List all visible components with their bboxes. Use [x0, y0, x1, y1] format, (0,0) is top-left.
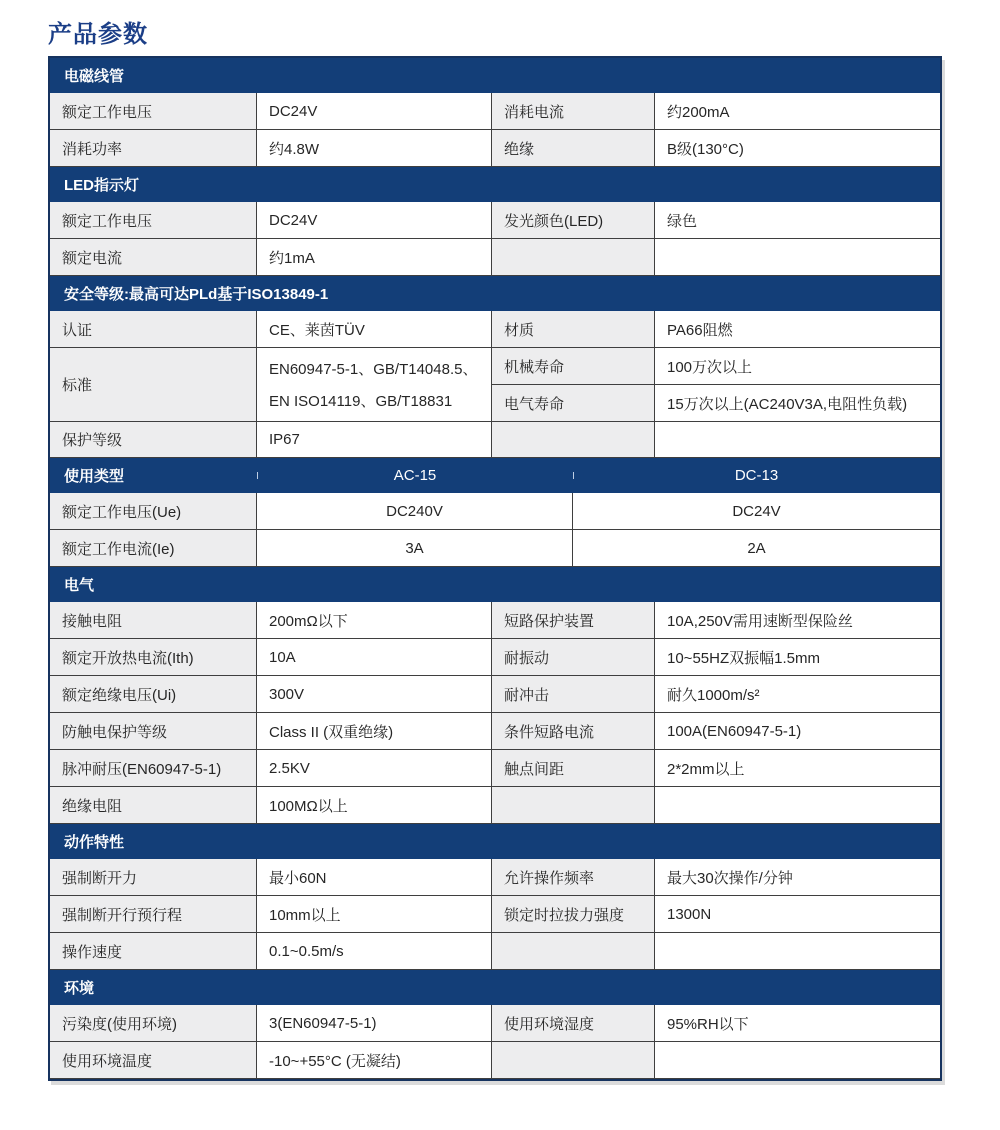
value-cell: 10A	[257, 639, 492, 676]
label-cell	[492, 933, 655, 970]
table-row: 额定工作电压DC24V消耗电流约200mA	[50, 93, 940, 130]
value-cell: 绿色	[655, 202, 940, 239]
value-cell: 100A(EN60947-5-1)	[655, 713, 940, 750]
table-row: 额定工作电流(Ie)3A2A	[50, 530, 940, 567]
value-cell: DC240V	[257, 493, 573, 530]
label-cell: 强制断开力	[50, 859, 257, 896]
value-cell: 10mm以上	[257, 896, 492, 933]
value-cell: EN60947-5-1、GB/T14048.5、EN ISO14119、GB/T…	[257, 348, 492, 422]
value-cell: 约4.8W	[257, 130, 492, 167]
label-cell: 耐冲击	[492, 676, 655, 713]
value-cell: Class II (双重绝缘)	[257, 713, 492, 750]
section-title: 环境	[50, 977, 94, 998]
label-cell: 操作速度	[50, 933, 257, 970]
value-line: EN ISO14119、GB/T18831	[269, 390, 452, 411]
value-cell: 约200mA	[655, 93, 940, 130]
label-cell: 强制断开行预行程	[50, 896, 257, 933]
label-cell: 使用环境温度	[50, 1042, 257, 1079]
value-cell: 15万次以上(AC240V3A,电阻性负载)	[655, 385, 940, 422]
value-cell: 95%RH以下	[655, 1005, 940, 1042]
table-row: 额定工作电压DC24V发光颜色(LED)绿色	[50, 202, 940, 239]
value-cell	[655, 1042, 940, 1079]
section-title: 动作特性	[50, 831, 124, 852]
label-cell: 电气寿命	[492, 385, 655, 422]
value-cell: 10A,250V需用速断型保险丝	[655, 602, 940, 639]
table-row: 脉冲耐压(EN60947-5-1)2.5KV触点间距2*2mm以上	[50, 750, 940, 787]
table-row: 额定开放热电流(Ith)10A耐振动10~55HZ双振幅1.5mm	[50, 639, 940, 676]
label-cell: 使用环境湿度	[492, 1005, 655, 1042]
label-cell: 防触电保护等级	[50, 713, 257, 750]
value-cell: PA66阻燃	[655, 311, 940, 348]
table-row: 额定工作电压(Ue)DC240VDC24V	[50, 493, 940, 530]
spec-table: 电磁线管额定工作电压DC24V消耗电流约200mA消耗功率约4.8W绝缘B级(1…	[48, 56, 942, 1081]
label-cell: 额定工作电压(Ue)	[50, 493, 257, 530]
value-cell	[655, 422, 940, 458]
section-header: 电磁线管	[50, 58, 940, 93]
table-row: 强制断开力最小60N允许操作频率最大30次操作/分钟	[50, 859, 940, 896]
value-cell: 2A	[573, 530, 940, 567]
table-row: 污染度(使用环境)3(EN60947-5-1)使用环境湿度95%RH以下	[50, 1005, 940, 1042]
label-cell: 接触电阻	[50, 602, 257, 639]
section-header: 电气	[50, 567, 940, 602]
label-cell: 额定工作电流(Ie)	[50, 530, 257, 567]
label-cell: 额定绝缘电压(Ui)	[50, 676, 257, 713]
table-row: 消耗功率约4.8W绝缘B级(130°C)	[50, 130, 940, 167]
section-title: 电磁线管	[50, 65, 124, 86]
label-cell: 材质	[492, 311, 655, 348]
value-cell: DC24V	[573, 493, 940, 530]
safety-section-grid: 认证CE、莱茵TÜV材质PA66阻燃标准EN60947-5-1、GB/T1404…	[50, 311, 940, 458]
value-cell: 耐久1000m/s²	[655, 676, 940, 713]
label-cell	[492, 239, 655, 276]
page: 产品参数 电磁线管额定工作电压DC24V消耗电流约200mA消耗功率约4.8W绝…	[0, 0, 1000, 1130]
value-cell: 2.5KV	[257, 750, 492, 787]
table-row: 使用环境温度-10~+55°C (无凝结)	[50, 1042, 940, 1079]
value-cell	[655, 787, 940, 824]
label-cell: 允许操作频率	[492, 859, 655, 896]
label-cell: 绝缘电阻	[50, 787, 257, 824]
label-cell: 污染度(使用环境)	[50, 1005, 257, 1042]
label-cell: 短路保护装置	[492, 602, 655, 639]
value-cell: 200mΩ以下	[257, 602, 492, 639]
label-cell: 额定工作电压	[50, 202, 257, 239]
section-title: 电气	[50, 574, 94, 595]
section-title: 使用类型	[50, 465, 257, 486]
table-row: 额定电流约1mA	[50, 239, 940, 276]
section-header: 环境	[50, 970, 940, 1005]
value-cell	[655, 933, 940, 970]
value-cell: 3(EN60947-5-1)	[257, 1005, 492, 1042]
value-cell: 最小60N	[257, 859, 492, 896]
label-cell	[492, 787, 655, 824]
label-cell: 标准	[50, 348, 257, 422]
value-cell: 3A	[257, 530, 573, 567]
value-cell: 2*2mm以上	[655, 750, 940, 787]
value-cell: CE、莱茵TÜV	[257, 311, 492, 348]
label-cell: 触点间距	[492, 750, 655, 787]
section-header: 使用类型AC-15DC-13	[50, 458, 940, 493]
label-cell: 耐振动	[492, 639, 655, 676]
table-row: 额定绝缘电压(Ui)300V耐冲击耐久1000m/s²	[50, 676, 940, 713]
label-cell: 锁定时拉拔力强度	[492, 896, 655, 933]
value-cell: B级(130°C)	[655, 130, 940, 167]
usage-column-header: DC-13	[573, 467, 940, 484]
section-header: LED指示灯	[50, 167, 940, 202]
section-header: 动作特性	[50, 824, 940, 859]
value-cell: 100万次以上	[655, 348, 940, 385]
value-cell: 10~55HZ双振幅1.5mm	[655, 639, 940, 676]
table-row: 接触电阻200mΩ以下短路保护装置10A,250V需用速断型保险丝	[50, 602, 940, 639]
value-cell: 300V	[257, 676, 492, 713]
label-cell: 条件短路电流	[492, 713, 655, 750]
value-cell: DC24V	[257, 202, 492, 239]
label-cell: 认证	[50, 311, 257, 348]
label-cell: 额定电流	[50, 239, 257, 276]
page-title: 产品参数	[48, 14, 148, 49]
value-cell: DC24V	[257, 93, 492, 130]
value-cell: -10~+55°C (无凝结)	[257, 1042, 492, 1079]
value-cell: 100MΩ以上	[257, 787, 492, 824]
value-cell: 1300N	[655, 896, 940, 933]
label-cell: 发光颜色(LED)	[492, 202, 655, 239]
value-cell: 最大30次操作/分钟	[655, 859, 940, 896]
label-cell: 额定开放热电流(Ith)	[50, 639, 257, 676]
section-header: 安全等级:最高可达PLd基于ISO13849-1	[50, 276, 940, 311]
label-cell: 消耗功率	[50, 130, 257, 167]
value-cell: 约1mA	[257, 239, 492, 276]
label-cell: 脉冲耐压(EN60947-5-1)	[50, 750, 257, 787]
value-line: EN60947-5-1、GB/T14048.5、	[269, 358, 477, 379]
value-cell: IP67	[257, 422, 492, 458]
label-cell: 额定工作电压	[50, 93, 257, 130]
section-title: 安全等级:最高可达PLd基于ISO13849-1	[50, 283, 328, 304]
table-row: 强制断开行预行程10mm以上锁定时拉拔力强度1300N	[50, 896, 940, 933]
section-title: LED指示灯	[50, 174, 139, 195]
table-row: 绝缘电阻100MΩ以上	[50, 787, 940, 824]
value-cell	[655, 239, 940, 276]
table-row: 防触电保护等级Class II (双重绝缘)条件短路电流100A(EN60947…	[50, 713, 940, 750]
value-cell: 0.1~0.5m/s	[257, 933, 492, 970]
label-cell	[492, 422, 655, 458]
label-cell: 机械寿命	[492, 348, 655, 385]
usage-column-header: AC-15	[257, 467, 573, 484]
label-cell: 绝缘	[492, 130, 655, 167]
label-cell	[492, 1042, 655, 1079]
label-cell: 消耗电流	[492, 93, 655, 130]
label-cell: 保护等级	[50, 422, 257, 458]
table-row: 操作速度0.1~0.5m/s	[50, 933, 940, 970]
